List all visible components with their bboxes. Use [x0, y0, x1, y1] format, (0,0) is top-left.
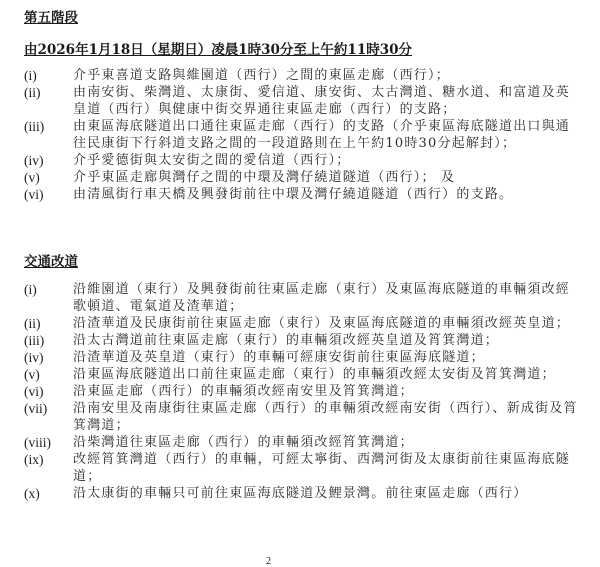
closure-item: (iii) 由東區海底隧道出口通往東區走廊（西行）的支路（介乎東區海底隧道出口與… [24, 118, 584, 152]
item-number: (i) [24, 67, 73, 84]
item-number: (iv) [24, 349, 73, 366]
closure-item: (vi) 由清風街行車天橋及興發街前往中環及灣仔繞道隧道（西行）的支路。 [24, 186, 584, 203]
closure-item: (iv) 介乎愛德街與太安街之間的愛信道（西行）； [24, 152, 584, 169]
stage-heading: 第五階段 [24, 6, 78, 26]
item-number: (vi) [24, 186, 73, 203]
diversion-item: (ix) 改經筲箕灣道（西行）的車輛，可經太寧街、西灣河街及太康街前往東區海底隧… [24, 451, 584, 485]
item-number: (v) [24, 366, 73, 383]
diversion-item: (ii) 沿渣華道及民康街前往東區走廊（東行）及東區海底隧道的車輛須改經英皇道； [24, 315, 584, 332]
item-number: (iii) [24, 332, 73, 349]
item-text: 沿南安里及南康街往東區走廊（西行）的車輛須改經南安街（西行）、新成街及筲箕灣道； [73, 400, 584, 434]
item-number: (vi) [24, 383, 73, 400]
item-text: 沿維園道（東行）及興發街前往東區走廊（東行）及東區海底隧道的車輛須改經歌頓道、電… [73, 281, 584, 315]
period-heading: 由2026年1月18日（星期日）凌晨1時30分至上午約11時30分 [24, 38, 412, 58]
item-text: 沿東區走廊（西行）的車輛須改經南安里及筲箕灣道； [73, 383, 584, 400]
item-text: 沿太古灣道前往東區走廊（東行）的車輛須改經英皇道及筲箕灣道； [73, 332, 584, 349]
diversion-list: (i) 沿維園道（東行）及興發街前往東區走廊（東行）及東區海底隧道的車輛須改經歌… [24, 281, 584, 502]
item-text: 介乎東區走廊與灣仔之間的中環及灣仔繞道隧道（西行）； 及 [73, 169, 584, 186]
closure-item: (v) 介乎東區走廊與灣仔之間的中環及灣仔繞道隧道（西行）； 及 [24, 169, 584, 186]
item-text: 介乎愛德街與太安街之間的愛信道（西行）； [73, 152, 584, 169]
item-text: 介乎東喜道支路與維園道（西行）之間的東區走廊（西行）； [73, 67, 584, 84]
diversion-item: (viii) 沿柴灣道往東區走廊（西行）的車輛須改經筲箕灣道； [24, 434, 584, 451]
diversion-item: (v) 沿東區海底隧道出口前往東區走廊（東行）的車輛須改經太安街及筲箕灣道； [24, 366, 584, 383]
item-number: (ii) [24, 84, 73, 118]
diversion-heading: 交通改道 [24, 250, 78, 270]
item-text: 改經筲箕灣道（西行）的車輛，可經太寧街、西灣河街及太康街前往東區海底隧道； [73, 451, 584, 485]
item-number: (x) [24, 485, 73, 502]
diversion-item: (i) 沿維園道（東行）及興發街前往東區走廊（東行）及東區海底隧道的車輛須改經歌… [24, 281, 584, 315]
item-number: (ii) [24, 315, 73, 332]
item-number: (iv) [24, 152, 73, 169]
item-text: 沿渣華道及英皇道（東行）的車輛可經康安街前往東區海底隧道； [73, 349, 584, 366]
item-text: 沿太康街的車輛只可前往東區海底隧道及鯉景灣。前往東區走廊（西行） [73, 485, 584, 502]
closure-list: (i) 介乎東喜道支路與維園道（西行）之間的東區走廊（西行）； (ii) 由南安… [24, 67, 584, 203]
item-number: (vii) [24, 400, 73, 434]
item-text: 沿東區海底隧道出口前往東區走廊（東行）的車輛須改經太安街及筲箕灣道； [73, 366, 584, 383]
closure-item: (ii) 由南安街、柴灣道、太康街、愛信道、康安街、太古灣道、糖水道、和富道及英… [24, 84, 584, 118]
item-number: (iii) [24, 118, 73, 152]
item-number: (i) [24, 281, 73, 315]
item-text: 由東區海底隧道出口通往東區走廊（西行）的支路（介乎東區海底隧道出口與通往民康街下… [73, 118, 584, 152]
diversion-item: (x) 沿太康街的車輛只可前往東區海底隧道及鯉景灣。前往東區走廊（西行） [24, 485, 584, 502]
diversion-item: (iv) 沿渣華道及英皇道（東行）的車輛可經康安街前往東區海底隧道； [24, 349, 584, 366]
item-number: (viii) [24, 434, 73, 451]
item-text: 沿渣華道及民康街前往東區走廊（東行）及東區海底隧道的車輛須改經英皇道； [73, 315, 584, 332]
diversion-item: (iii) 沿太古灣道前往東區走廊（東行）的車輛須改經英皇道及筲箕灣道； [24, 332, 584, 349]
diversion-item: (vi) 沿東區走廊（西行）的車輛須改經南安里及筲箕灣道； [24, 383, 584, 400]
item-number: (ix) [24, 451, 73, 485]
diversion-item: (vii) 沿南安里及南康街往東區走廊（西行）的車輛須改經南安街（西行）、新成街… [24, 400, 584, 434]
item-text: 由清風街行車天橋及興發街前往中環及灣仔繞道隧道（西行）的支路。 [73, 186, 584, 203]
item-number: (v) [24, 169, 73, 186]
item-text: 由南安街、柴灣道、太康街、愛信道、康安街、太古灣道、糖水道、和富道及英皇道（西行… [73, 84, 584, 118]
item-text: 沿柴灣道往東區走廊（西行）的車輛須改經筲箕灣道； [73, 434, 584, 451]
closure-item: (i) 介乎東喜道支路與維園道（西行）之間的東區走廊（西行）； [24, 67, 584, 84]
page-number: 2 [266, 556, 271, 567]
